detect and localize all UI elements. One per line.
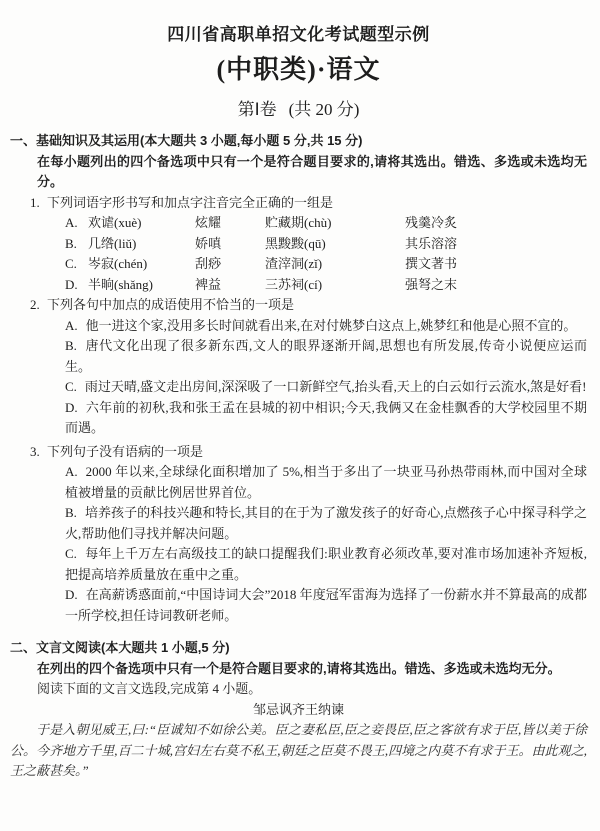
q1-option-b-label: B. [65,234,88,255]
q3-option-a: A.2000 年以来,全球绿化面积增加了 5%,相当于多出了一块亚马孙热带雨林,… [65,462,587,503]
question-3-number: 3. [30,442,47,463]
section-2-instruction: 在列出的四个备选项中只有一个是符合题目要求的,请将其选出。错选、多选或未选均无分… [37,659,587,680]
volume-label: 第Ⅰ卷 [238,100,277,119]
question-2-stem: 2. 下列各句中加点的成语使用不恰当的一项是 [30,295,587,316]
q1-a-word-1: 欢谑(xuè) [88,213,195,234]
q1-option-d-label: D. [65,275,88,296]
q1-option-d: D. 半晌(shǎng) 裨益 三苏祠(cí) 强弩之末 [65,275,587,296]
q1-c-word-4: 撰文著书 [405,254,587,275]
question-3: 3. 下列句子没有语病的一项是 A.2000 年以来,全球绿化面积增加了 5%,… [10,442,587,627]
q2-option-b-text: 唐代文化出现了很多新东西,文人的眼界逐渐开阔,思想也有所发展,传奇小说便应运而生… [65,338,587,374]
q3-option-d-text: 在高薪诱惑面前,“中国诗词大会”2018 年度冠军雷海为选择了一份薪水并不算最高… [65,587,587,623]
q3-option-b-text: 培养孩子的科技兴趣和特长,其目的在于为了激发孩子的好奇心,点燃孩子心中探寻科学之… [65,505,587,541]
question-2-number: 2. [30,295,47,316]
q2-option-a: A.他一进这个家,没用多长时间就看出来,在对付姚梦白这点上,姚梦红和他是心照不宣… [65,316,587,337]
q1-d-word-3: 三苏祠(cí) [265,275,405,296]
q1-b-word-2: 娇嗔 [195,234,265,255]
q1-c-word-2: 刮痧 [195,254,265,275]
question-1: 1. 下列词语字形书写和加点字注音完全正确的一组是 A. 欢谑(xuè) 炫耀 … [10,193,587,296]
q3-option-a-label: A. [65,464,78,479]
q3-option-d-label: D. [65,587,78,602]
q1-b-word-1: 几绺(liǔ) [88,234,195,255]
q1-option-a-label: A. [65,213,88,234]
exam-document-page: 四川省高职单招文化考试题型示例 (中职类)·语文 第Ⅰ卷(共 20 分) 一、基… [0,0,600,831]
q3-option-a-text: 2000 年以来,全球绿化面积增加了 5%,相当于多出了一块亚马孙热带雨林,而中… [65,464,587,500]
q1-option-c: C. 岑寂(chén) 刮痧 渣滓洞(zǐ) 撰文著书 [65,254,587,275]
q3-option-c: C.每年上千万左右高级技工的缺口提醒我们:职业教育必须改革,要对准市场加速补齐短… [65,544,587,585]
q2-option-d-text: 六年前的初秋,我和张王孟在县城的初中相识;今天,我俩又在金桂飘香的大学校园里不期… [65,400,587,436]
q1-option-a: A. 欢谑(xuè) 炫耀 贮藏期(chù) 残羹冷炙 [65,213,587,234]
q1-b-word-3: 黑黢黢(qū) [265,234,405,255]
q2-option-a-text: 他一进这个家,没用多长时间就看出来,在对付姚梦白这点上,姚梦红和他是心照不宣的。 [86,318,577,333]
q3-option-b-label: B. [65,505,77,520]
section-1-heading: 一、基础知识及其运用(本大题共 3 小题,每小题 5 分,共 15 分) [10,131,587,152]
q3-option-c-label: C. [65,546,77,561]
q2-option-b-label: B. [65,338,77,353]
q2-option-c-text: 雨过天晴,盛文走出房间,深深吸了一口新鲜空气,抬头看,天上的白云如行云流水,煞是… [85,379,587,394]
page-title: 四川省高职单招文化考试题型示例 [10,25,587,45]
section-1-basic-knowledge: 一、基础知识及其运用(本大题共 3 小题,每小题 5 分,共 15 分) 在每小… [10,131,587,626]
passage-title: 邹忌讽齐王纳谏 [10,700,587,721]
q1-d-word-2: 裨益 [195,275,265,296]
page-subtitle: (中职类)·语文 [10,54,587,85]
q1-d-word-4: 强弩之末 [405,275,587,296]
question-2: 2. 下列各句中加点的成语使用不恰当的一项是 A.他一进这个家,没用多长时间就看… [10,295,587,439]
question-1-stem: 1. 下列词语字形书写和加点字注音完全正确的一组是 [30,193,587,214]
question-3-stem: 3. 下列句子没有语病的一项是 [30,442,587,463]
section-2-classical-reading: 二、文言文阅读(本大题共 1 小题,5 分) 在列出的四个备选项中只有一个是符合… [10,638,587,782]
q1-a-word-3: 贮藏期(chù) [265,213,405,234]
question-1-stem-text: 下列词语字形书写和加点字注音完全正确的一组是 [47,193,333,214]
q2-option-c-label: C. [65,379,77,394]
section-2-reading-direction: 阅读下面的文言文选段,完成第 4 小题。 [37,679,587,700]
q3-option-d: D.在高薪诱惑面前,“中国诗词大会”2018 年度冠军雷海为选择了一份薪水并不算… [65,585,587,626]
q1-c-word-1: 岑寂(chén) [88,254,195,275]
q3-option-c-text: 每年上千万左右高级技工的缺口提醒我们:职业教育必须改革,要对准市场加速补齐短板,… [65,546,587,582]
q3-option-b: B.培养孩子的科技兴趣和特长,其目的在于为了激发孩子的好奇心,点燃孩子心中探寻科… [65,503,587,544]
q2-option-d: D.六年前的初秋,我和张王孟在县城的初中相识;今天,我俩又在金桂飘香的大学校园里… [65,398,587,439]
q2-option-a-label: A. [65,318,78,333]
question-1-options: A. 欢谑(xuè) 炫耀 贮藏期(chù) 残羹冷炙 B. 几绺(liǔ) 娇… [65,213,587,295]
q1-d-word-1: 半晌(shǎng) [88,275,195,296]
q1-option-b: B. 几绺(liǔ) 娇嗔 黑黢黢(qū) 其乐溶溶 [65,234,587,255]
question-1-number: 1. [30,193,47,214]
q1-option-c-label: C. [65,254,88,275]
question-2-stem-text: 下列各句中加点的成语使用不恰当的一项是 [47,295,294,316]
q2-option-d-label: D. [65,400,78,415]
volume-heading: 第Ⅰ卷(共 20 分) [10,99,587,121]
q1-a-word-2: 炫耀 [195,213,265,234]
q2-option-b: B.唐代文化出现了很多新东西,文人的眼界逐渐开阔,思想也有所发展,传奇小说便应运… [65,336,587,377]
q1-c-word-3: 渣滓洞(zǐ) [265,254,405,275]
q2-option-c: C.雨过天晴,盛文走出房间,深深吸了一口新鲜空气,抬头看,天上的白云如行云流水,… [65,377,587,398]
section-2-heading: 二、文言文阅读(本大题共 1 小题,5 分) [10,638,587,659]
classical-passage: 于是入朝见威王,曰:“臣诚知不如徐公美。臣之妻私臣,臣之妾畏臣,臣之客欲有求于臣… [10,720,587,782]
q1-b-word-4: 其乐溶溶 [405,234,587,255]
section-1-instruction: 在每小题列出的四个备选项中只有一个是符合题目要求的,请将其选出。错选、多选或未选… [37,152,587,193]
q1-a-word-4: 残羹冷炙 [405,213,587,234]
question-3-stem-text: 下列句子没有语病的一项是 [47,442,203,463]
volume-points: (共 20 分) [289,100,360,119]
